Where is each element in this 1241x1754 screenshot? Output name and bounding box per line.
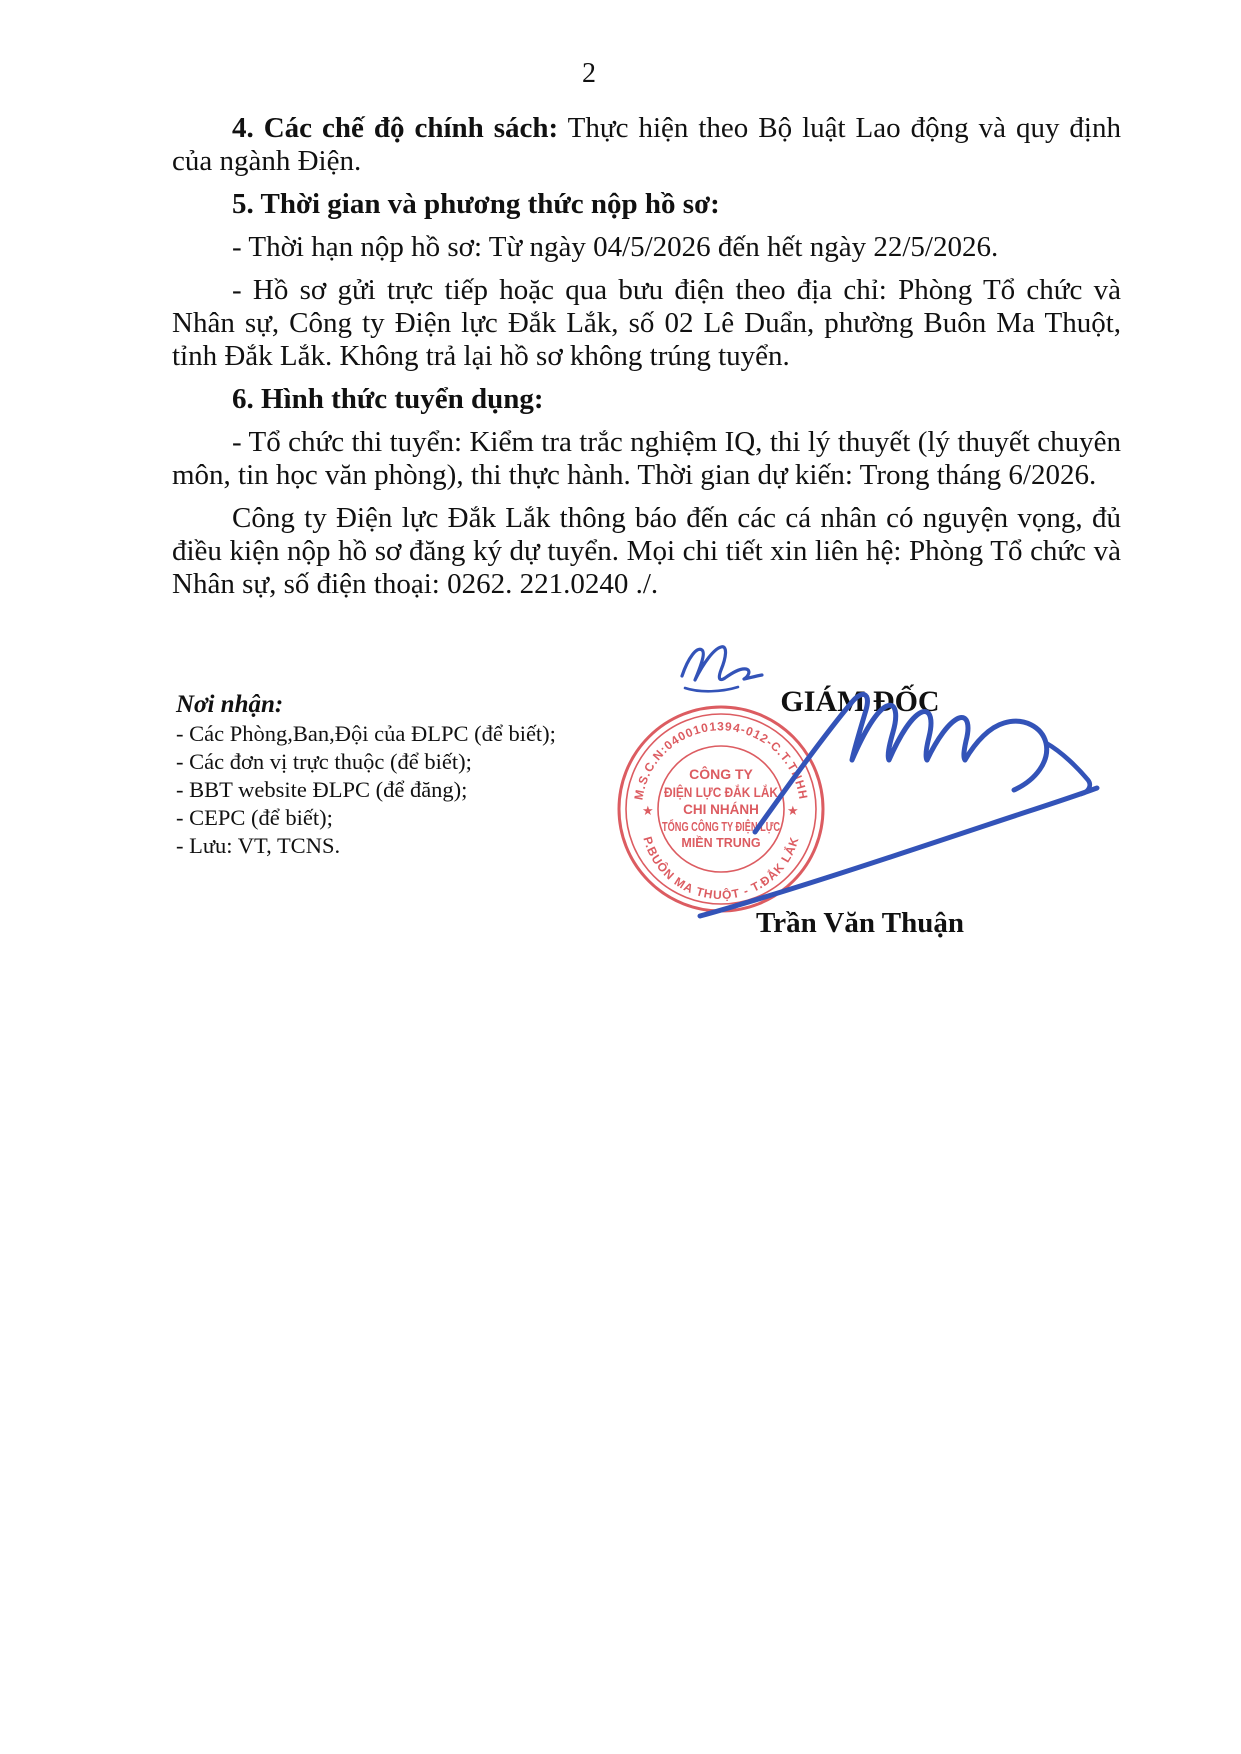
signer-name: Trần Văn Thuận (715, 906, 1005, 940)
paragraph-address: - Hồ sơ gửi trực tiếp hoặc qua bưu điện … (172, 274, 1121, 373)
signature-scribble (755, 694, 1047, 832)
section4-heading: 4. Các chế độ chính sách: (232, 112, 558, 144)
signature-ink (600, 628, 1120, 940)
recipients-title: Nơi nhận: (176, 690, 596, 720)
initials-underline (685, 687, 738, 691)
paragraph-exam: - Tổ chức thi tuyển: Kiểm tra trắc nghiệ… (172, 426, 1121, 492)
recipient-item: - CEPC (để biết); (176, 804, 596, 832)
paragraph-deadline: - Thời hạn nộp hồ sơ: Từ ngày 04/5/2026 … (172, 231, 1121, 264)
signature-hook (1046, 743, 1090, 794)
paragraph-contact: Công ty Điện lực Đắk Lắk thông báo đến c… (172, 502, 1121, 601)
document-body: 4. Các chế độ chính sách: Thực hiện theo… (172, 112, 1121, 601)
recipient-item: - BBT website ĐLPC (để đăng); (176, 776, 596, 804)
document-page: 2 4. Các chế độ chính sách: Thực hiện th… (0, 0, 1241, 1754)
section6-heading: 6. Hình thức tuyển dụng: (172, 383, 1121, 416)
signature-underline (700, 788, 1097, 916)
section5-heading: 5. Thời gian và phương thức nộp hồ sơ: (172, 188, 1121, 221)
initials-scribble (682, 647, 762, 680)
recipients-block: Nơi nhận: - Các Phòng,Ban,Đội của ĐLPC (… (176, 690, 596, 860)
paragraph-policies: 4. Các chế độ chính sách: Thực hiện theo… (172, 112, 1121, 178)
recipient-item: - Các đơn vị trực thuộc (để biết); (176, 748, 596, 776)
recipient-item: - Lưu: VT, TCNS. (176, 832, 596, 860)
recipient-item: - Các Phòng,Ban,Đội của ĐLPC (để biết); (176, 720, 596, 748)
page-number: 2 (172, 58, 1006, 90)
